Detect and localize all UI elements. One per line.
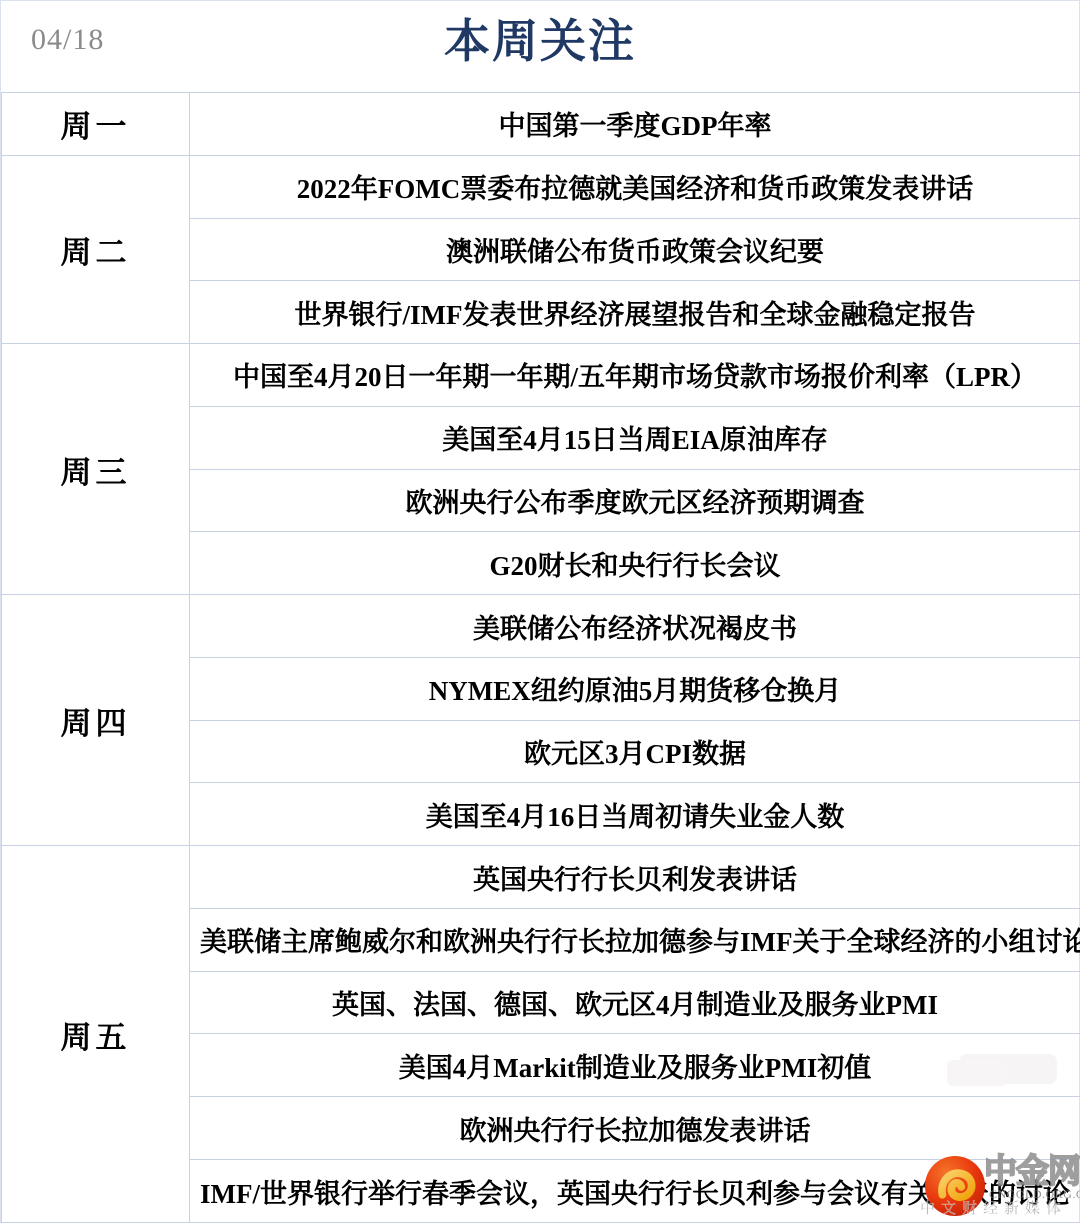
day-label: 周三 (2, 344, 190, 595)
event-text: 世界银行/IMF发表世界经济展望报告和全球金融稳定报告 (190, 281, 1080, 344)
event-text: 中国至4月20日一年期一年期/五年期市场贷款市场报价利率（LPR） (190, 344, 1080, 407)
schedule-body: 周一中国第一季度GDP年率周二2022年FOMC票委布拉德就美国经济和货币政策发… (2, 93, 1080, 1223)
day-label: 周二 (2, 155, 190, 343)
event-text: 美国至4月15日当周EIA原油库存 (190, 406, 1080, 469)
event-text: 欧洲央行行长拉加德发表讲话 (190, 1097, 1080, 1160)
event-text: 中国第一季度GDP年率 (190, 93, 1080, 156)
event-text: 美联储主席鲍威尔和欧洲央行行长拉加德参与IMF关于全球经济的小组讨论 (190, 908, 1080, 971)
date-label: 04/18 (31, 23, 104, 57)
event-text: 2022年FOMC票委布拉德就美国经济和货币政策发表讲话 (190, 155, 1080, 218)
event-text: 澳洲联储公布货币政策会议纪要 (190, 218, 1080, 281)
table-row: 周一中国第一季度GDP年率 (2, 93, 1080, 156)
event-text: G20财长和央行行长会议 (190, 532, 1080, 595)
table-row: 周三中国至4月20日一年期一年期/五年期市场贷款市场报价利率（LPR） (2, 344, 1080, 407)
day-label: 周五 (2, 846, 190, 1223)
event-text: 英国央行行长贝利发表讲话 (190, 846, 1080, 909)
table-row: 周五英国央行行长贝利发表讲话 (2, 846, 1080, 909)
whiteout-sticker (959, 1054, 1057, 1084)
weekly-focus-infographic: 04/18 本周关注 周一中国第一季度GDP年率周二2022年FOMC票委布拉德… (0, 0, 1080, 1223)
event-text: 英国、法国、德国、欧元区4月制造业及服务业PMI (190, 971, 1080, 1034)
event-text: 美联储公布经济状况褐皮书 (190, 595, 1080, 658)
header: 04/18 本周关注 (1, 1, 1079, 92)
schedule-table: 周一中国第一季度GDP年率周二2022年FOMC票委布拉德就美国经济和货币政策发… (1, 92, 1080, 1223)
table-row: 周二2022年FOMC票委布拉德就美国经济和货币政策发表讲话 (2, 155, 1080, 218)
event-text: 欧元区3月CPI数据 (190, 720, 1080, 783)
day-label: 周四 (2, 595, 190, 846)
table-row: 周四美联储公布经济状况褐皮书 (2, 595, 1080, 658)
page-title: 本周关注 (1, 1, 1079, 69)
day-label: 周一 (2, 93, 190, 156)
event-text: IMF/世界银行举行春季会议，英国央行行长贝利参与会议有关通胀的讨论 (190, 1160, 1080, 1223)
event-text: 美国至4月16日当周初请失业金人数 (190, 783, 1080, 846)
event-text: NYMEX纽约原油5月期货移仓换月 (190, 657, 1080, 720)
event-text: 欧洲央行公布季度欧元区经济预期调查 (190, 469, 1080, 532)
